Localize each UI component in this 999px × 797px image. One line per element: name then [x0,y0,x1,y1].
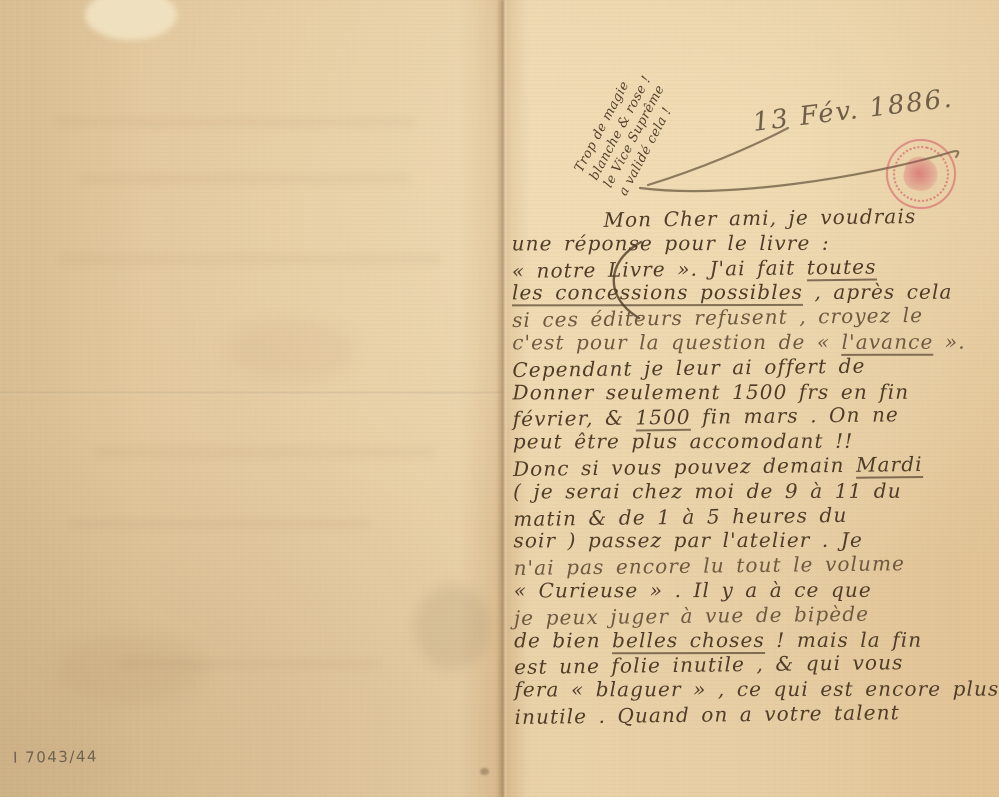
letter-line: les concessions possibles , après cela [512,280,996,306]
letter-line: fera « blaguer » , ce qui est encore plu… [514,677,998,703]
letter-line: n'ai pas encore lu tout le volume [513,550,997,581]
letter-line: de bien belles choses ! mais la fin [514,627,998,653]
letter-line: une réponse pour le livre : [512,230,996,256]
letter-line: c'est pour la question de « l'avance ». [512,330,996,356]
paper-stain [480,768,489,775]
letter-scan: Trop de magie blanche & rose ! le Vice S… [0,0,999,797]
ink-showthrough [80,175,410,183]
ink-showthrough [60,255,440,264]
letter-line: je peux juger à vue de bipède [514,600,998,631]
ink-showthrough [55,118,415,126]
paper-stain [415,585,490,670]
ink-showthrough [95,448,435,457]
letter-line: inutile . Quand on a votre talent [514,699,998,730]
letter-line: « Curieuse » . Il y a à ce que [514,578,998,604]
paper-stain [225,320,355,380]
letter-line: février, & 1500 fin mars . On ne [513,401,997,432]
letter-line: est une folie inutile , & qui vous [514,649,998,680]
catalog-number: I 7043/44 [13,747,98,766]
paper-stain [55,635,205,705]
letter-line: soir ) passez par l'atelier . Je [513,528,997,554]
margin-annotation: Trop de magie blanche & rose ! le Vice S… [572,0,724,199]
page-gutter-fold [496,0,509,797]
paper-damage-spot [85,0,177,40]
letter-line: Donc si vous pouvez demain Mardi [513,451,997,482]
fold-crease [0,392,502,395]
letter-line: ( je serai chez moi de 9 à 11 du [513,478,997,504]
letter-date: 13 Fév. 1886. [751,80,983,138]
letter-line: peut être plus accomodant !! [513,429,997,455]
letter-line: si ces éditeurs refusent , croyez le [512,302,996,333]
letter-line: Mon Cher ami, je voudrais [511,203,995,234]
letter-line: Cependant je leur ai offert de [512,352,996,383]
letter-body: Mon Cher ami, je voudrais une réponse po… [511,205,998,729]
ink-showthrough [120,660,380,668]
ink-showthrough [70,520,370,528]
